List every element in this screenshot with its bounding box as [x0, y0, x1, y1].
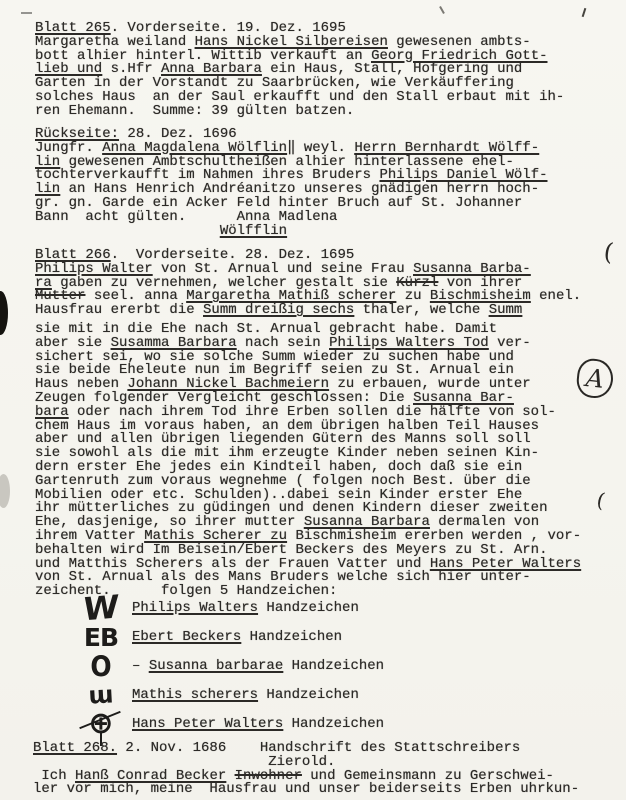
text-segment: enel.	[531, 288, 581, 304]
text-segment: folgen 5 Handzeichen:	[161, 583, 337, 599]
text-segment: –	[132, 658, 149, 674]
handmark-o-icon: O	[70, 649, 132, 682]
underlined-text: Mathis scherers	[132, 687, 258, 703]
signature-label: Hans Peter Walters Handzeichen	[132, 716, 384, 732]
underlined-text: Summ	[489, 302, 523, 318]
document-page: WPhilips Walters HandzeichenEBEbert Beck…	[0, 0, 626, 800]
signature-label: – Susanna barbarae Handzeichen	[132, 658, 384, 674]
handwritten-paren-top: (	[602, 239, 615, 264]
signature-row: O– Susanna barbarae Handzeichen	[70, 652, 384, 681]
underlined-text: Susanna barbarae	[149, 658, 283, 674]
signature-row: ɯMathis scherers Handzeichen	[70, 680, 384, 709]
text-line: Wölfflin	[35, 225, 548, 239]
text-line: Hausfrau ererbt die Summ dreißig sechs t…	[35, 304, 581, 318]
scan-artifact-speck	[582, 8, 587, 17]
text-segment	[35, 223, 220, 239]
text-line: zeichent. folgen 5 Handzeichen:	[35, 585, 581, 599]
handwritten-paren-mid: (	[595, 487, 608, 512]
entry-blatt-266-vorderseite: Blatt 266. Vorderseite. 28. Dez. 1695Phi…	[35, 249, 581, 599]
signature-label: Ebert Beckers Handzeichen	[132, 629, 342, 645]
scan-artifact-speck	[21, 12, 32, 14]
text-segment: Handzeichen	[258, 687, 359, 703]
text-segment: zeichent.	[35, 583, 161, 599]
text-line: ren Ehemann. Summe: 39 gülten batzen.	[35, 105, 564, 119]
underlined-text: Hans Peter Walters	[132, 716, 283, 732]
underlined-text: Summ dreißig sechs	[203, 302, 354, 318]
text-segment: Handzeichen	[241, 629, 342, 645]
underlined-text: Philips Walters	[132, 600, 258, 616]
text-segment: ren Ehemann. Summe: 39 gülten batzen.	[35, 103, 354, 119]
text-line: ler vor mich, meine Hausfrau und unser b…	[33, 783, 579, 797]
underlined-text: Wölfflin	[220, 223, 287, 239]
entry-blatt-268: Blatt 268. 2. Nov. 1686 Handschrift des …	[33, 742, 579, 797]
underlined-text: Ebert Beckers	[132, 629, 241, 645]
signature-label: Philips Walters Handzeichen	[132, 600, 359, 616]
scan-artifact-blob	[0, 291, 8, 335]
scan-artifact-speck	[439, 6, 445, 14]
text-segment: Handzeichen	[283, 658, 384, 674]
entry-rueckseite: Rückseite: 28. Dez. 1696Jungfr. Anna Mag…	[35, 128, 548, 238]
scan-artifact-smudge	[0, 474, 10, 508]
text-segment: Handzeichen	[258, 600, 359, 616]
signature-list: WPhilips Walters HandzeichenEBEbert Beck…	[70, 594, 384, 738]
text-segment: Handzeichen	[283, 716, 384, 732]
handmark-circled-cross-icon: ⊕	[70, 706, 132, 741]
text-segment: Hausfrau ererbt die	[35, 302, 203, 318]
signature-row: ⊕Hans Peter Walters Handzeichen	[70, 709, 384, 738]
signature-label: Mathis scherers Handzeichen	[132, 687, 359, 703]
entry-blatt-265-vorderseite: Blatt 265. Vorderseite. 19. Dez. 1695Mar…	[35, 22, 564, 119]
text-segment: ler vor mich, meine Hausfrau und unser b…	[33, 781, 579, 797]
text-segment: thaler, welche	[354, 302, 488, 318]
signature-row: EBEbert Beckers Handzeichen	[70, 623, 384, 652]
